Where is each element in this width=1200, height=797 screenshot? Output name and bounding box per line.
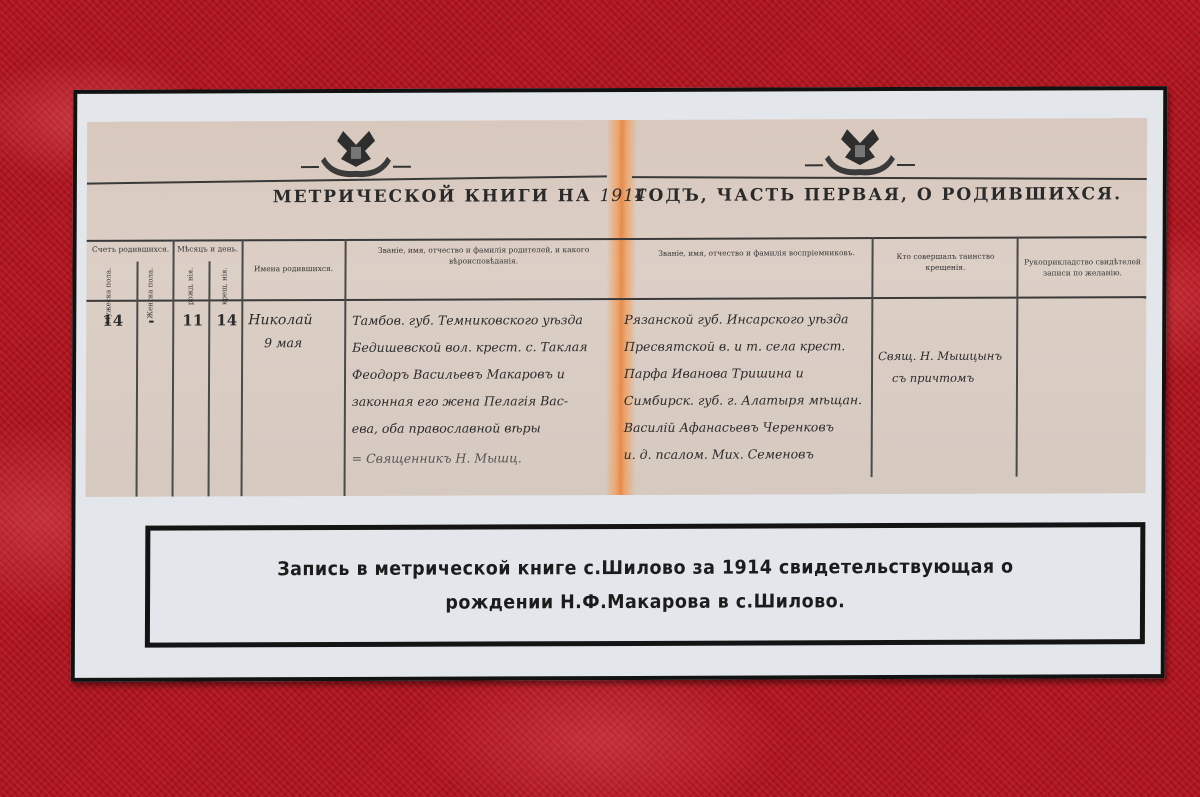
column-divider <box>241 239 244 496</box>
entry-name-date: 9 мая <box>264 329 302 356</box>
book-title-right: ГОДЪ, ЧАСТЬ ПЕРВАЯ, О РОДИВШИХСЯ. <box>635 184 1122 206</box>
officiant-line: съ причтомъ <box>892 365 974 392</box>
parents-line: Бедишевской вол. крест. с. Таклая <box>352 333 587 361</box>
godparents-line: Василій Афанасьевъ Черенковъ <box>624 413 834 441</box>
parents-line: Феодоръ Васильевъ Макаровъ и <box>352 360 565 388</box>
entry-birth-day: 11 <box>182 307 203 334</box>
godparents-line: Рязанской губ. Инсарского уѣзда <box>624 305 848 333</box>
entry-male-count: 14 <box>102 308 123 335</box>
header-parents: Званіе, имя, отчество и фамилія родителе… <box>349 244 619 267</box>
caption-line-1: Запись в метрической книге с.Шилово за 1… <box>277 550 1013 587</box>
header-born: рожд. нія. <box>186 267 194 304</box>
header-godparents: Званіе, имя, отчество и фамилія воспріем… <box>647 247 867 259</box>
parents-line: ева, оба православной вѣры <box>352 414 541 442</box>
header-baptized: крещ. нія. <box>220 267 228 305</box>
header-month-day: Мѣсяцъ и день. <box>175 243 241 254</box>
header-signatures: Рукоприкладство свидѣтелей записи по жел… <box>1020 256 1144 278</box>
caption-box: Запись в метрической книге с.Шилово за 1… <box>145 522 1146 647</box>
caption-line-2: рождении Н.Ф.Макарова в с.Шилово. <box>445 584 845 619</box>
godparents-line: Парфа Иванова Тришина и <box>624 359 804 387</box>
column-divider <box>172 240 175 497</box>
header-officiant: Кто совершалъ таинство крещенія. <box>876 251 1014 273</box>
entry-baptism-day: 14 <box>216 307 237 334</box>
header-names: Имена родившихся. <box>244 263 342 274</box>
parents-line: законная его жена Пелагія Вас- <box>352 387 568 415</box>
parents-line: Тамбов. губ. Темниковского уѣзда <box>352 306 583 334</box>
entry-female-count: - <box>148 308 154 335</box>
column-divider <box>136 262 139 497</box>
godparents-line: Симбирск. губ. г. Алатыря мѣщан. <box>624 386 862 414</box>
column-divider <box>208 261 211 496</box>
register-photo: МЕТРИЧЕСКОЙ КНИГИ НА 1914 ГОДЪ, ЧАСТЬ ПЕ… <box>86 118 1148 497</box>
museum-placard: МЕТРИЧЕСКОЙ КНИГИ НА 1914 ГОДЪ, ЧАСТЬ ПЕ… <box>71 86 1168 682</box>
godparents-line: Пресвятской в. и т. села крест. <box>624 332 845 360</box>
header-birth-count: Счетъ родившихся. <box>89 244 173 255</box>
column-divider <box>871 237 874 477</box>
parents-line: = Священникъ Н. Мышц. <box>352 444 522 472</box>
column-divider <box>344 239 347 496</box>
godparents-line: и. д. псалом. Мих. Семеновъ <box>624 440 814 468</box>
book-title-left: МЕТРИЧЕСКОЙ КНИГИ НА 1914 <box>273 186 647 207</box>
column-divider <box>1016 237 1019 477</box>
book-title-text: МЕТРИЧЕСКОЙ КНИГИ НА <box>273 186 592 207</box>
